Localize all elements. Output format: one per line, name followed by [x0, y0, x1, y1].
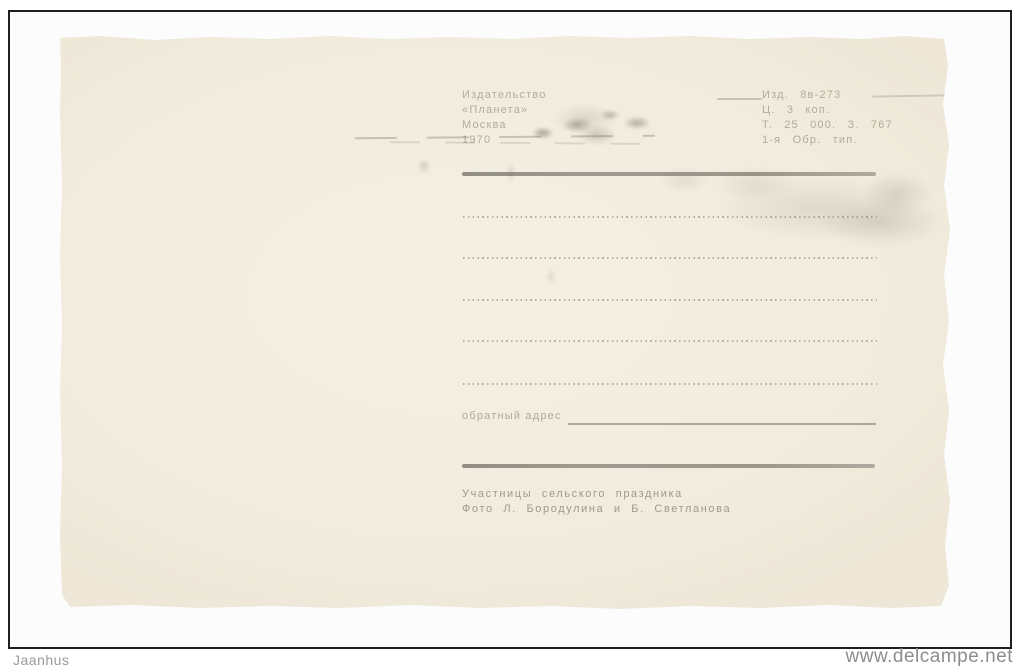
divider-line-top — [462, 172, 876, 176]
small-smudge — [538, 261, 564, 293]
divider-line-bottom — [462, 464, 875, 468]
edition-line: Изд. 8в-273 — [762, 88, 893, 103]
publisher-block: Издательство «Планета» Москва 1970 — [462, 88, 547, 148]
caption-title: Участницы сельского праздника — [462, 487, 683, 503]
publisher-line: «Планета» — [462, 103, 547, 118]
scanned-postcard-page: { "watermarks": { "left": "Jaanhus", "ri… — [0, 0, 1020, 671]
address-ruled-line-5 — [463, 383, 877, 385]
edition-line: 1-я Обр. тип. — [762, 133, 893, 148]
edition-line: Ц. 3 коп. — [762, 103, 893, 118]
caption-photo-credit: Фото Л. Бородулина и Б. Светланова — [462, 502, 731, 518]
watermark-site: www.delcampe.net — [846, 646, 1013, 668]
pencil-streak — [717, 98, 762, 100]
publisher-line: Издательство — [462, 88, 547, 103]
publisher-line: Москва — [462, 118, 547, 133]
return-address-ruled-line — [568, 423, 876, 425]
return-address-label: обратный адрес — [462, 409, 562, 424]
address-ruled-line-2 — [463, 257, 877, 259]
edition-block: Изд. 8в-273 Ц. 3 коп. Т. 25 000. З. 767 … — [762, 88, 893, 148]
small-smudge — [410, 152, 438, 180]
watermark-seller: Jaanhus — [13, 652, 69, 668]
address-ruled-line-3 — [463, 299, 877, 301]
edition-line: Т. 25 000. З. 767 — [762, 118, 893, 133]
address-ruled-line-4 — [463, 340, 877, 342]
postcard-back: Издательство «Планета» Москва 1970 Изд. … — [60, 35, 950, 609]
address-ruled-line-1 — [463, 216, 877, 218]
publisher-line: 1970 — [462, 133, 547, 148]
scan-border-frame: Издательство «Планета» Москва 1970 Изд. … — [8, 10, 1012, 649]
